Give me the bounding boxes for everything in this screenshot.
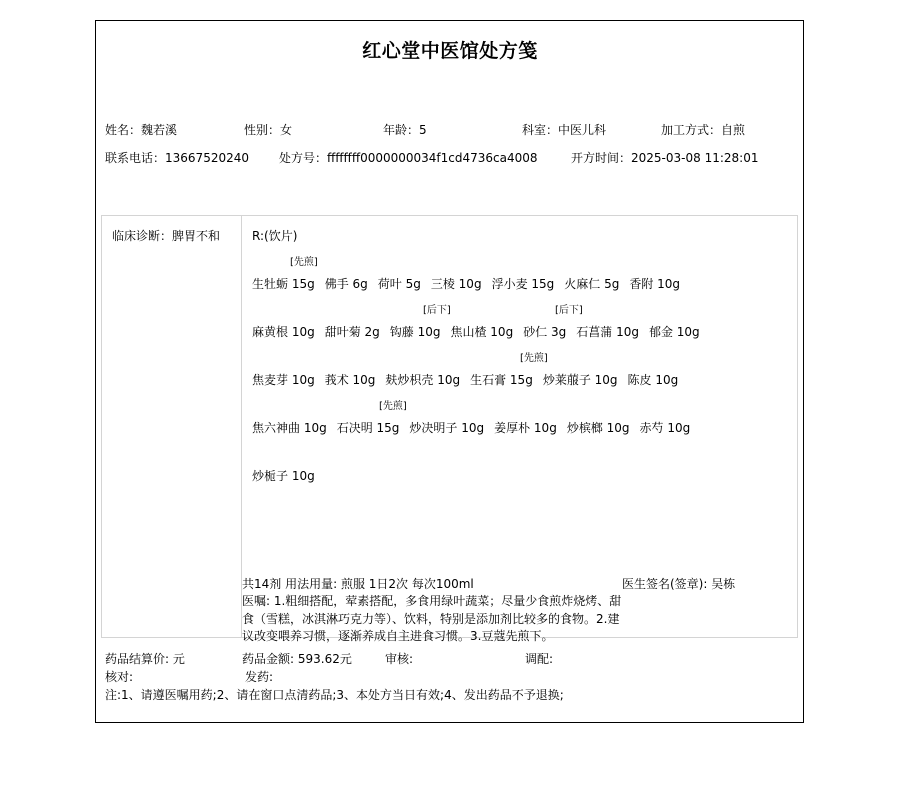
doctor-signature: 医生签名(签章): 吴栋 [622,577,735,591]
phone-label: 联系电话： [105,151,165,165]
age-value: 5 [419,123,427,137]
herb-item: 麸炒枳壳 10g [385,373,460,387]
herb-item: 焦麦芽 10g [252,373,315,387]
doctor-name: 吴栋 [711,577,735,591]
patient-age: 年龄：5 [383,123,427,137]
phone: 联系电话：13667520240 [105,151,249,165]
herb-item: 郁金 10g [649,325,700,339]
gender-label: 性别： [244,123,280,137]
diagnosis: 临床诊断：脾胃不和 [112,229,220,243]
herb-row: 生牡蛎 15g佛手 6g荷叶 5g三棱 10g浮小麦 15g火麻仁 5g香附 1… [252,277,690,291]
column-divider [241,215,242,638]
herb-annotation-tag: [先煎] [520,353,548,365]
usage-text: 共14剂 用法用量: 煎服 1日2次 每次100ml [242,577,474,591]
rx-time-label: 开方时间： [571,151,631,165]
herb-item: 浮小麦 15g [492,277,555,291]
dispense-label: 调配: [525,652,553,666]
phone-value: 13667520240 [165,151,249,165]
age-label: 年龄： [383,123,419,137]
herb-item: 莪术 10g [325,373,376,387]
rx-number: 处方号：ffffffff0000000034f1cd4736ca4008 [279,151,538,165]
herb-item: 陈皮 10g [628,373,679,387]
herb-row: 焦麦芽 10g莪术 10g麸炒枳壳 10g生石膏 15g炒莱菔子 10g陈皮 1… [252,373,688,387]
herb-item: 三棱 10g [431,277,482,291]
herb-row: 麻黄根 10g甜叶菊 2g钩藤 10g焦山楂 10g砂仁 3g石菖蒲 10g郁金… [252,325,710,339]
check-label: 核对: [105,670,133,684]
herb-item: 钩藤 10g [390,325,441,339]
herb-annotation-tag: [先煎] [379,401,407,413]
herb-item: 炒栀子 10g [252,469,315,483]
herb-item: 炒决明子 10g [409,421,484,435]
rx-number-value: ffffffff0000000034f1cd4736ca4008 [327,151,538,165]
issue-label: 发药: [245,670,273,684]
herb-item: 生牡蛎 15g [252,277,315,291]
settlement-price: 药品结算价: 元 [105,652,185,666]
herb-row: 炒栀子 10g [252,469,325,483]
name-label: 姓名： [105,123,141,137]
drug-amount: 药品金额: 593.62元 [242,652,352,666]
herb-item: 炒槟榔 10g [567,421,630,435]
doctor-advice: 医嘱: 1.粗细搭配，荤素搭配，多食用绿叶蔬菜；尽量少食煎炸烧烤、甜食（雪糕，冰… [242,593,622,646]
rx-time-value: 2025-03-08 11:28:01 [631,151,758,165]
doctor-sign-label: 医生签名(签章): [622,577,711,591]
name-value: 魏若溪 [141,123,177,137]
footer-notes: 注:1、请遵医嘱用药;2、请在窗口点清药品;3、本处方当日有效;4、发出药品不予… [105,688,564,702]
herb-item: 佛手 6g [325,277,368,291]
herb-annotation-tag: [后下] [423,305,451,317]
herb-item: 焦六神曲 10g [252,421,327,435]
herb-item: 石决明 15g [337,421,400,435]
herb-item: 赤芍 10g [640,421,691,435]
rx-time: 开方时间：2025-03-08 11:28:01 [571,151,758,165]
review-label: 审核: [385,652,413,666]
page-title: 红心堂中医馆处方笺 [0,36,900,63]
herb-item: 石菖蒲 10g [576,325,639,339]
herb-item: 姜厚朴 10g [494,421,557,435]
gender-value: 女 [280,123,292,137]
herb-annotation-tag: [先煎] [290,257,318,269]
herb-annotation-tag: [后下] [555,305,583,317]
herb-item: 甜叶菊 2g [325,325,380,339]
processing-method: 加工方式：自煎 [661,123,745,137]
herb-item: 火麻仁 5g [564,277,619,291]
diagnosis-label: 临床诊断： [112,229,172,243]
herb-item: 焦山楂 10g [450,325,513,339]
department-label: 科室： [522,123,558,137]
herb-item: 香附 10g [629,277,680,291]
department: 科室：中医儿科 [522,123,606,137]
herb-item: 炒莱菔子 10g [543,373,618,387]
herb-item: 砂仁 3g [523,325,566,339]
patient-name: 姓名：魏若溪 [105,123,177,137]
rx-header: R:(饮片) [252,229,297,243]
processing-label: 加工方式： [661,123,721,137]
diagnosis-value: 脾胃不和 [172,229,220,243]
patient-gender: 性别：女 [244,123,292,137]
herb-item: 麻黄根 10g [252,325,315,339]
herb-row: 焦六神曲 10g石决明 15g炒决明子 10g姜厚朴 10g炒槟榔 10g赤芍 … [252,421,700,435]
herb-item: 荷叶 5g [378,277,421,291]
rx-number-label: 处方号： [279,151,327,165]
herb-item: 生石膏 15g [470,373,533,387]
department-value: 中医儿科 [558,123,606,137]
processing-value: 自煎 [721,123,745,137]
